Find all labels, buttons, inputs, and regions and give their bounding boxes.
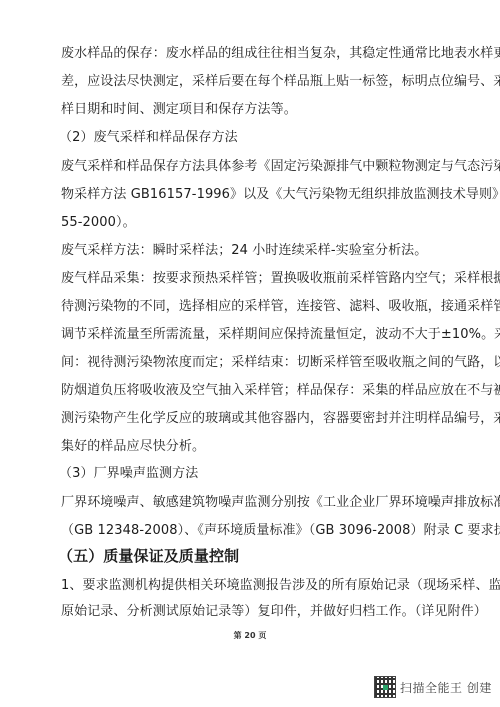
paragraph-line: 废气采样和样品保存方法具体参考《固定污染源排气中颗粒物测定与气态污染 [61, 159, 500, 175]
paragraph-line: 集好的样品应尽快分析。 [61, 439, 205, 455]
paragraph-line: 1、要求监测机构提供相关环境监测报告涉及的所有原始记录（现场采样、监测 [61, 578, 500, 594]
watermark-text: 扫描全能王 创建 [400, 679, 492, 696]
qr-code-icon [374, 676, 396, 698]
paragraph-line: 待测污染物的不同，选择相应的采样管，连接管、滤料、吸收瓶，接通采样管路， [61, 299, 500, 315]
paragraph-line: 样日期和时间、测定项目和保存方法等。 [61, 102, 297, 118]
document-page: 废水样品的保存：废水样品的组成往往相当复杂，其稳定性通常比地表水样更 差，应设法… [0, 0, 500, 707]
paragraph-line: 厂界环境噪声、敏感建筑物噪声监测分别按《工业企业厂界环境噪声排放标准》 [61, 495, 500, 511]
paragraph-line: 物采样方法 GB16157-1996》以及《大气污染物无组织排放监测技术导则》（… [61, 187, 500, 203]
paragraph-line: 废气样品采集：按要求预热采样管；置换吸收瓶前采样管路内空气；采样根据 [61, 271, 500, 287]
paragraph-line: 防烟道负压将吸收液及空气抽入采样管；样品保存：采集的样品应放在不与被 [61, 383, 500, 399]
scanner-watermark: 扫描全能王 创建 [374, 676, 492, 698]
paragraph-line: 测污染物产生化学反应的玻璃或其他容器内，容器要密封并注明样品编号，采 [61, 411, 500, 427]
paragraph-line: 废水样品的保存：废水样品的组成往往相当复杂，其稳定性通常比地表水样更 [61, 46, 500, 62]
paragraph-line: 差，应设法尽快测定，采样后要在每个样品瓶上贴一标签，标明点位编号、采 [61, 74, 500, 90]
page-number: 第 20 页 [0, 630, 500, 641]
paragraph-line: （GB 12348-2008）、《声环境质量标准》（GB 3096-2008）附… [61, 523, 500, 539]
paragraph-line: 55-2000）。 [61, 215, 136, 231]
section-3-title: （3）厂界噪声监测方法 [59, 466, 198, 482]
paragraph-line: 废气采样方法：瞬时采样法；24 小时连续采样-实验室分析法。 [61, 243, 427, 259]
section-2-title: （2）废气采样和样品保存方法 [59, 130, 238, 146]
paragraph-line: 间：视待测污染物浓度而定；采样结束：切断采样管至吸收瓶之间的气路，以 [61, 355, 500, 371]
paragraph-line: 调节采样流量至所需流量，采样期间应保持流量恒定，波动不大于±10%。采样时 [61, 327, 500, 343]
section-5-heading: （五）质量保证及质量控制 [58, 548, 239, 564]
paragraph-line: 原始记录、分析测试原始记录等）复印件，并做好归档工作。（详见附件） [61, 604, 487, 620]
